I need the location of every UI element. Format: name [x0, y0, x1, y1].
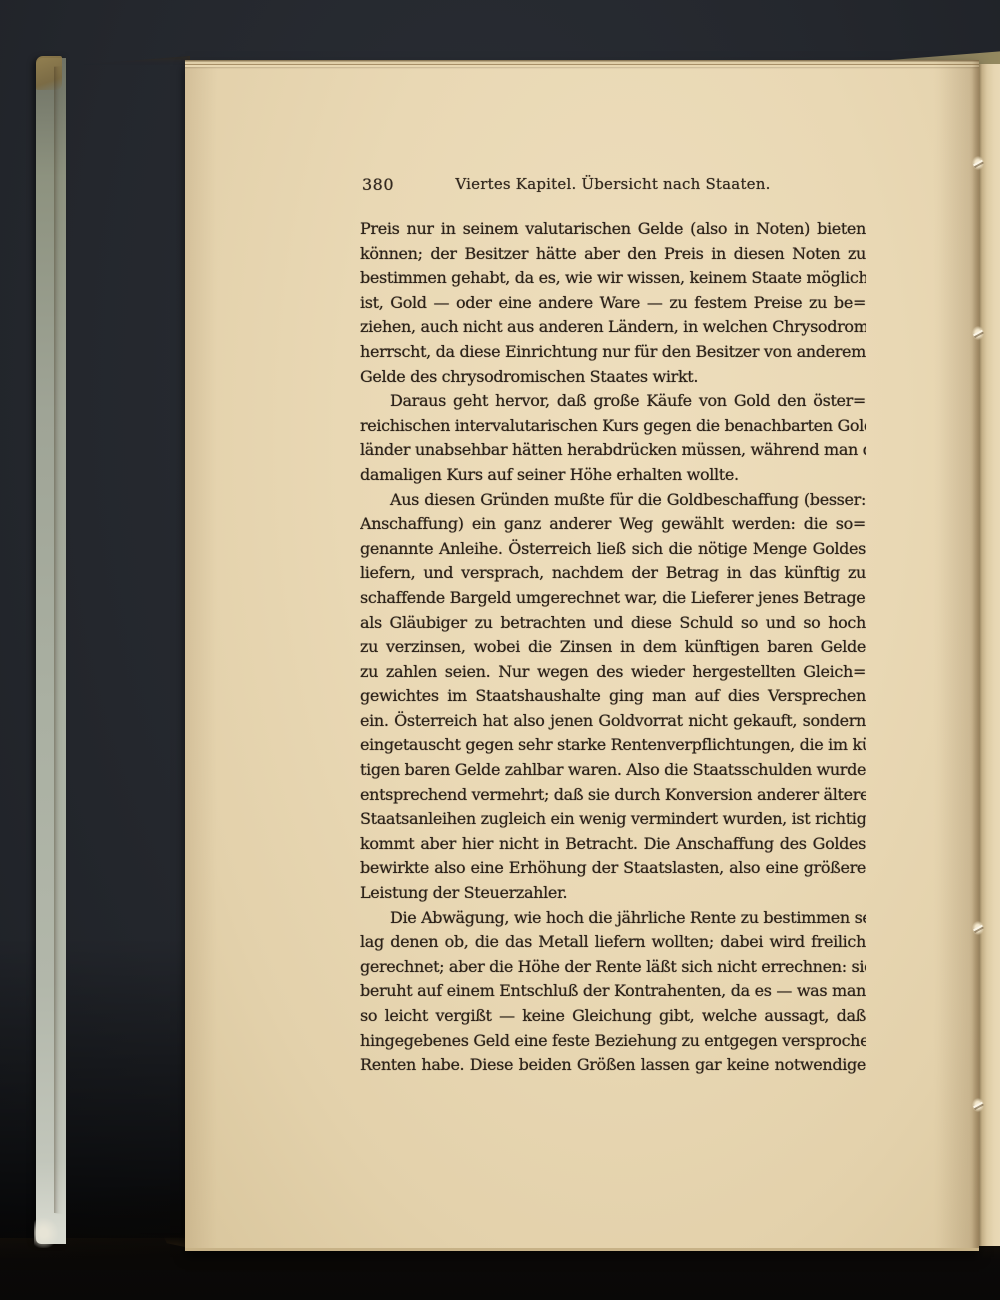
- binding-stitch: [972, 921, 984, 935]
- text-line: beruht auf einem Entschluß der Kontrahen…: [360, 979, 866, 1004]
- book-page: 380 Viertes Kapitel. Übersicht nach Staa…: [185, 60, 979, 1251]
- text-line: so leicht vergißt — keine Gleichung gibt…: [360, 1004, 866, 1029]
- text-line: hingegebenes Geld eine feste Beziehung z…: [360, 1029, 866, 1054]
- text-line: ein. Österreich hat also jenen Goldvorra…: [360, 709, 866, 734]
- text-line: können; der Besitzer hätte aber den Prei…: [360, 242, 866, 267]
- text-line: gewichtes im Staatshaushalte ging man au…: [360, 684, 866, 709]
- page-header: 380 Viertes Kapitel. Übersicht nach Staa…: [360, 175, 866, 199]
- text-line: zu zahlen seien. Nur wegen des wieder he…: [360, 660, 866, 685]
- text-line: genannte Anleihe. Österreich ließ sich d…: [360, 537, 866, 562]
- binding-stitch: [972, 326, 984, 340]
- text-line: tigen baren Gelde zahlbar waren. Also di…: [360, 758, 866, 783]
- fanned-page-edges: [54, 56, 190, 1248]
- binding-stitch: [972, 156, 984, 170]
- text-line: ist, Gold — oder eine andere Ware — zu f…: [360, 291, 866, 316]
- page-number: 380: [362, 175, 394, 194]
- text-line: als Gläubiger zu betrachten und diese Sc…: [360, 611, 866, 636]
- text-block: Preis nur in seinem valutarischen Gelde …: [360, 217, 866, 1078]
- text-line: reichischen intervalutarischen Kurs gege…: [360, 414, 866, 439]
- text-line: lag denen ob, die das Metall liefern wol…: [360, 930, 866, 955]
- text-line: Aus diesen Gründen mußte für die Goldbes…: [360, 488, 866, 513]
- text-line: liefern, und versprach, nachdem der Betr…: [360, 561, 866, 586]
- text-line: Staatsanleihen zugleich ein wenig vermin…: [360, 807, 866, 832]
- text-line: gerechnet; aber die Höhe der Rente läßt …: [360, 955, 866, 980]
- text-line: schaffende Bargeld umgerechnet war, die …: [360, 586, 866, 611]
- text-line: Leistung der Steuerzahler.: [360, 881, 866, 906]
- text-line: bewirkte also eine Erhöhung der Staatsla…: [360, 856, 866, 881]
- text-line: Daraus geht hervor, daß große Käufe von …: [360, 389, 866, 414]
- text-line: zu verzinsen, wobei die Zinsen in dem kü…: [360, 635, 866, 660]
- text-line: ziehen, auch nicht aus anderen Ländern, …: [360, 315, 866, 340]
- text-line: eingetauscht gegen sehr starke Rentenver…: [360, 733, 866, 758]
- text-line: Preis nur in seinem valutarischen Gelde …: [360, 217, 866, 242]
- text-line: damaligen Kurs auf seiner Höhe erhalten …: [360, 463, 866, 488]
- text-line: Die Abwägung, wie hoch die jährliche Ren…: [360, 906, 866, 931]
- text-line: Anschaffung) ein ganz anderer Weg gewähl…: [360, 512, 866, 537]
- text-line: Renten habe. Diese beiden Größen lassen …: [360, 1053, 866, 1078]
- gutter-page-strip: [979, 64, 1000, 1246]
- text-line: entsprechend vermehrt; daß sie durch Kon…: [360, 783, 866, 808]
- book-photo-scene: 380 Viertes Kapitel. Übersicht nach Staa…: [0, 0, 1000, 1300]
- running-header: Viertes Kapitel. Übersicht nach Staaten.: [360, 175, 866, 193]
- binding-stitch: [972, 1098, 984, 1112]
- text-line: kommt aber hier nicht in Betracht. Die A…: [360, 832, 866, 857]
- text-line: länder unabsehbar hätten herabdrücken mü…: [360, 438, 866, 463]
- text-line: bestimmen gehabt, da es, wie wir wissen,…: [360, 266, 866, 291]
- text-line: herrscht, da diese Einrichtung nur für d…: [360, 340, 866, 365]
- text-line: Gelde des chrysodromischen Staates wirkt…: [360, 365, 866, 390]
